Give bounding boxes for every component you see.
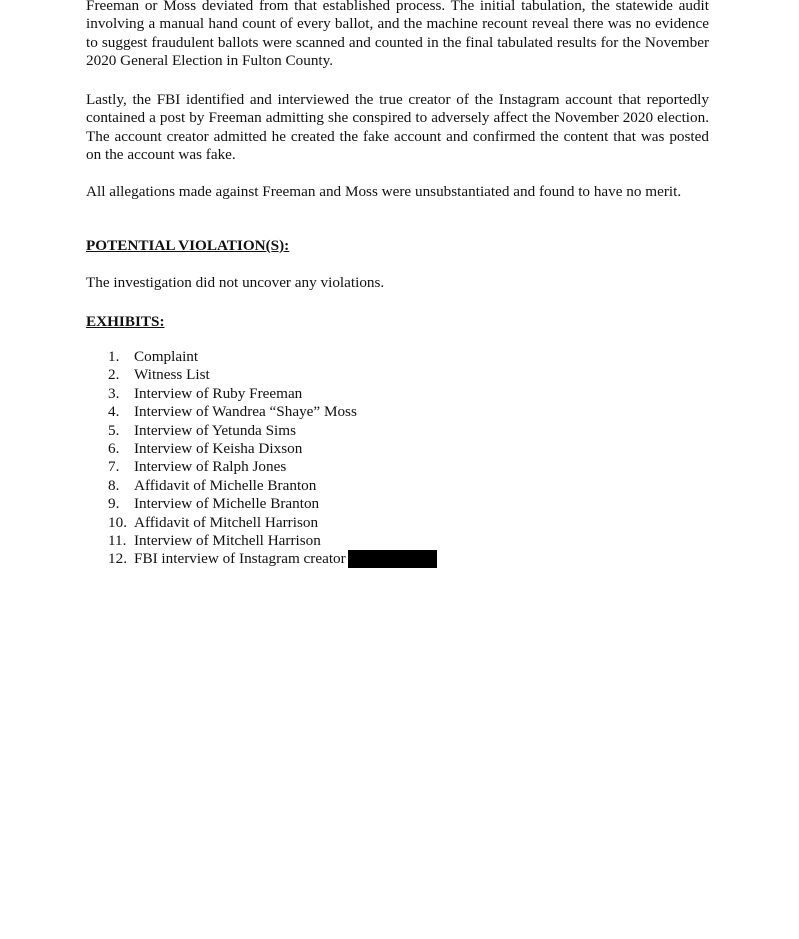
exhibit-label: Interview of Yetunda Sims [134,422,296,440]
exhibit-item: 11.Interview of Mitchell Harrison [108,532,437,550]
exhibit-item: 3.Interview of Ruby Freeman [108,385,437,403]
exhibit-number: 10. [108,514,134,532]
exhibit-item: 10.Affidavit of Mitchell Harrison [108,514,437,532]
exhibit-label: Interview of Ruby Freeman [134,385,302,403]
exhibit-item: 4.Interview of Wandrea “Shaye” Moss [108,403,437,421]
exhibit-item: 9.Interview of Michelle Branton [108,495,437,513]
paragraph-allegations: All allegations made against Freeman and… [86,183,709,201]
exhibit-number: 6. [108,440,134,458]
paragraph-instagram-creator: Lastly, the FBI identified and interview… [86,91,709,165]
redaction-block [348,550,437,568]
exhibit-item: 8.Affidavit of Michelle Branton [108,477,437,495]
exhibit-number: 9. [108,495,134,513]
exhibit-number: 11. [108,532,134,550]
exhibit-label: Interview of Keisha Dixson [134,440,302,458]
exhibit-number: 8. [108,477,134,495]
exhibit-item: 1.Complaint [108,348,437,366]
exhibit-number: 12. [108,550,134,568]
exhibit-label: Interview of Michelle Branton [134,495,319,513]
exhibit-number: 4. [108,403,134,421]
exhibit-label: Witness List [134,366,210,384]
exhibits-heading: EXHIBITS: [86,313,165,331]
exhibit-label: Interview of Mitchell Harrison [134,532,321,550]
exhibit-number: 1. [108,348,134,366]
potential-violations-text: The investigation did not uncover any vi… [86,274,384,292]
exhibit-label: Interview of Ralph Jones [134,458,286,476]
exhibit-item: 7.Interview of Ralph Jones [108,458,437,476]
exhibit-number: 5. [108,422,134,440]
exhibit-number: 2. [108,366,134,384]
exhibit-number: 3. [108,385,134,403]
exhibit-item: 6.Interview of Keisha Dixson [108,440,437,458]
exhibits-list: 1.Complaint2.Witness List3.Interview of … [108,348,437,569]
exhibit-label: FBI interview of Instagram creator [134,550,346,568]
exhibit-label: Affidavit of Mitchell Harrison [134,514,318,532]
exhibit-label: Affidavit of Michelle Branton [134,477,316,495]
exhibit-label: Complaint [134,348,198,366]
exhibit-item: 12.FBI interview of Instagram creator [108,550,437,568]
exhibit-number: 7. [108,458,134,476]
potential-violations-heading: POTENTIAL VIOLATION(S): [86,237,289,255]
paragraph-audit-findings: Freeman or Moss deviated from that estab… [86,0,709,71]
exhibit-label: Interview of Wandrea “Shaye” Moss [134,403,357,421]
exhibit-item: 2.Witness List [108,366,437,384]
exhibit-item: 5.Interview of Yetunda Sims [108,422,437,440]
